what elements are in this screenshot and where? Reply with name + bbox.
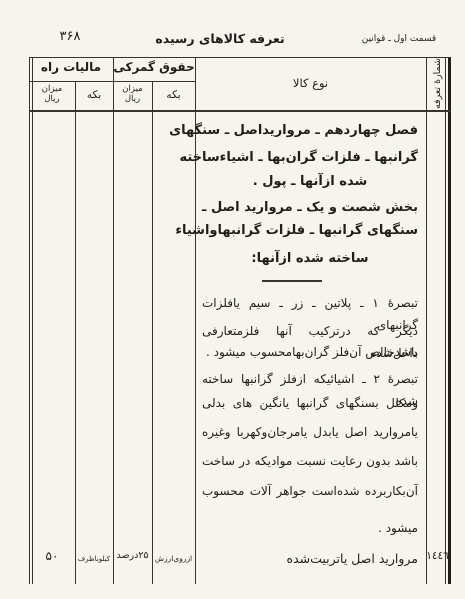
heading-divider-rule (262, 280, 322, 282)
col-line-tariffno (426, 57, 427, 584)
table-top-border (29, 57, 451, 58)
page-number: ۳۶۸ (48, 29, 92, 44)
page-title: تعرفه کالاهای رسیده (140, 31, 300, 46)
scanned-tariff-page: ۳۶۸ تعرفه کالاهای رسیده قسمت اول ـ قوانی… (0, 0, 465, 599)
note2-line: تبصرهٔ ۲ ـ اشیائیکه ازفلز گرانبها ساخته … (202, 368, 418, 390)
table-left-border-outer (29, 57, 30, 584)
col-line-roadtax-customs (113, 57, 114, 584)
header-customs-duty: حقوق گمرکی (113, 61, 195, 75)
note1-line: تبصرهٔ ۱ ـ پلاتین ـ زر ـ سیم یافلزات گرا… (202, 292, 418, 314)
header-tariff-no: شمارهٔ تعرفه (427, 57, 448, 110)
header-bottom-divider (29, 110, 451, 112)
note1-line: باشدخالص آن‌فلز گران‌بهامحسوب میشود . (202, 341, 418, 363)
header-customs-unit: بکه (152, 89, 195, 101)
note2-line: آن‌بکاربرده شده‌است جواهر آلات محسوب (202, 480, 418, 502)
section-heading-line: بخش شصت و یک ـ مروارید اصل ـ (202, 197, 418, 219)
header-customs-amount-line2: ریال (113, 95, 152, 105)
chapter-heading-line: شده ازآنها ـ پول . (202, 171, 418, 193)
header-goods: نوع کالا (195, 77, 426, 90)
table-left-border-inner (32, 57, 33, 584)
header-group-divider (29, 81, 195, 82)
note1-line: دیگر که درترکیب آنها فلزمتعارفی داخل‌شده (202, 320, 418, 342)
chapter-heading-line: گرانبها ـ فلزات گران‌بها ـ اشیاء‌ساخته (202, 147, 418, 169)
tariff-row-goods: مروارید اصل یاتربیت‌شده (202, 548, 418, 570)
table-right-border-outer (448, 57, 451, 584)
note2-line: ومکلل بسنگهای گرانبها یانگین های بدلی (202, 392, 418, 414)
note2-line: باشد بدون رعایت نسبت موادیکه در ساخت (202, 450, 418, 472)
tariff-row-roadtax-amount: ۵۰ (29, 550, 75, 564)
section-heading-line: ساخته شده ازآنها: (202, 248, 418, 270)
tariff-row-customs-amount: ۲۵درصد (113, 551, 152, 562)
col-line-roadtax-split (75, 81, 76, 584)
tariff-row-customs-unit: ازروی‌ارزش (152, 555, 195, 564)
tariff-row-roadtax-unit: کیلوباظرف (75, 555, 113, 563)
header-roadtax-amount-line2: ریال (29, 95, 75, 105)
section-label: قسمت اول ـ قوانین (358, 34, 440, 44)
tariff-row-number: ١٤٤٦ (426, 550, 449, 562)
section-heading-line: سنگهای گرانبها ـ فلزات گرانبهاواشیاء (202, 220, 418, 242)
chapter-heading-line: فصل چهاردهم ـ مرواریداصل ـ سنگهای (202, 120, 418, 142)
header-road-tax: مالیات راه (29, 61, 113, 75)
table-right-border-inner (445, 57, 446, 584)
note2-line: یامروارید اصل یابدل یامرجان‌وکهربا وغیره (202, 421, 418, 443)
col-line-customs-split (152, 81, 153, 584)
header-roadtax-unit: بکه (75, 89, 113, 101)
note2-line: میشود . (202, 517, 418, 539)
